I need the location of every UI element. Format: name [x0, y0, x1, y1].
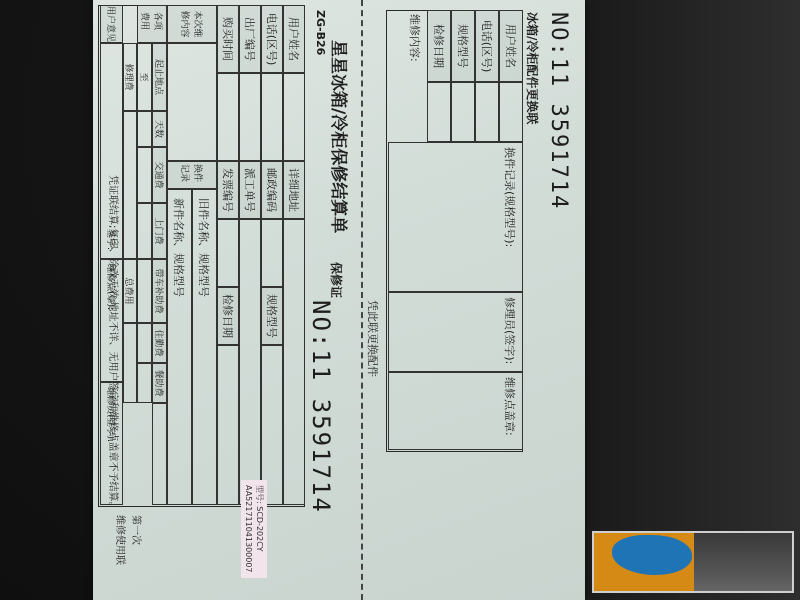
stub-field-label: 规格型号: [451, 10, 475, 82]
fee-extra-field[interactable]: [152, 403, 167, 505]
purchase-date-field[interactable]: [217, 73, 239, 161]
stub-number: NO:11 3591714: [546, 12, 571, 210]
label-fees: 各项费用: [137, 5, 167, 43]
old-part-field[interactable]: 旧件名称、规格型号: [192, 189, 217, 505]
leather-surface: [585, 0, 800, 600]
stub-station-seal[interactable]: 维修点盖章:: [388, 372, 523, 450]
label-serial: 出厂编号: [239, 5, 261, 73]
stub-field-label: 电话(区号): [475, 10, 499, 82]
fee-lodging: 住勤费: [152, 323, 167, 363]
stub-field-value[interactable]: [451, 82, 475, 142]
label-user-opinion: 用户意见: [100, 5, 123, 43]
label-repair-content: 本次维修内容: [167, 5, 217, 43]
model-sticker: 型号: SCD-202CY AA521711041300007: [241, 480, 267, 578]
repair-fee-label: 修理费: [123, 43, 137, 111]
label-inspection-date: 检修日期: [217, 287, 239, 345]
form-code: ZG-B26: [314, 10, 327, 55]
label-postcode: 邮政编码: [261, 161, 283, 219]
postcode-field[interactable]: [261, 219, 283, 287]
main-footer-note: 凭证联结算;复印、涂改无效,地址不详、无用户签字和维修点盖章不予结算。: [107, 175, 122, 595]
new-part-field[interactable]: 新件名称、规格型号: [167, 189, 192, 505]
invoice-no-field[interactable]: [217, 219, 239, 287]
repair-content-text: 本次维修内容: [179, 9, 205, 39]
total-fee-field[interactable]: [123, 323, 137, 403]
warranty-form-paper: NO:11 3591714 冰箱/冷柜配件更换联 用户姓名 电话(区号) 规格型…: [93, 0, 585, 600]
stub-field-value[interactable]: [475, 82, 499, 142]
fee-days: 天数: [152, 111, 167, 147]
label-address: 详细地址: [283, 161, 305, 219]
stub-field-label: 检修日期: [427, 10, 451, 82]
address-field[interactable]: [283, 219, 305, 505]
sticker-serial: AA521711041300007: [243, 485, 254, 573]
lodging-field[interactable]: [137, 323, 152, 363]
main-title: 星星冰箱/冷柜保修结算单: [328, 40, 353, 233]
transport-field[interactable]: [137, 147, 152, 203]
label-phone: 电话(区号): [261, 5, 283, 73]
main-number: NO:11 3591714: [307, 300, 335, 514]
repair-fee-field[interactable]: [123, 111, 137, 259]
old-part-label: 旧件名称、规格型号: [197, 198, 213, 297]
label-model: 规格型号: [261, 287, 283, 345]
inspection-date-field[interactable]: [217, 345, 239, 505]
label-user-name: 用户姓名: [283, 5, 305, 73]
stub-technician-label: 修理员(签字):: [502, 297, 518, 364]
watermark-logo: [592, 531, 794, 593]
phone-field[interactable]: [261, 73, 283, 161]
label-parts-record: 换件记录: [167, 161, 217, 189]
repair-content-field[interactable]: [167, 43, 217, 161]
warranty-label: 保修证: [328, 262, 345, 298]
serial-field[interactable]: [239, 73, 261, 161]
total-fee-label: 总费用: [123, 259, 137, 323]
label-purchase-date: 购买时间: [217, 5, 239, 73]
fee-meal-allowance: 餐助费: [152, 363, 167, 403]
label-dispatch-no: 派工单号: [239, 161, 261, 219]
fee-vehicle-allowance: 带车补助费: [152, 259, 167, 323]
stub-technician-signature[interactable]: 修理员(签字):: [388, 292, 523, 372]
fees-text: 各项费用: [139, 12, 165, 36]
perforation-line: [361, 0, 363, 600]
parts-record-text: 换件记录: [179, 164, 205, 186]
fee-start-end: 起止地点: [152, 43, 167, 111]
stub-station-seal-label: 维修点盖章:: [502, 377, 518, 436]
new-part-label: 新件名称、规格型号: [172, 198, 188, 297]
house-call-field[interactable]: [137, 203, 152, 259]
user-name-field[interactable]: [283, 73, 305, 161]
logo-gray-panel: [694, 533, 792, 591]
fee-transport: 交通费: [152, 147, 167, 203]
stub-title: 冰箱/冷柜配件更换联: [524, 12, 541, 124]
stub-field-value[interactable]: [499, 82, 523, 142]
label-invoice-no: 发票编号: [217, 161, 239, 219]
stub-footer-note: 凭此联更换配件: [365, 300, 381, 377]
dispatch-no-field[interactable]: [239, 219, 261, 505]
to-label: 至: [138, 72, 151, 81]
stub-parts-record[interactable]: 换件记录(规格型号):: [388, 142, 523, 292]
vehicle-allowance-field[interactable]: [137, 259, 152, 323]
stub-field-value[interactable]: [427, 82, 451, 142]
stub-repair-content-label: 维修内容:: [407, 14, 423, 62]
side-label-first: 第一次: [130, 515, 145, 545]
sticker-model: 型号: SCD-202CY: [254, 485, 265, 573]
route-to[interactable]: 至: [137, 43, 152, 111]
form-sheet-rotated: NO:11 3591714 冰箱/冷柜配件更换联 用户姓名 电话(区号) 规格型…: [93, 0, 585, 600]
days-field[interactable]: [137, 111, 152, 147]
stub-parts-record-label: 换件记录(规格型号):: [502, 147, 518, 247]
meal-field[interactable]: [137, 363, 152, 403]
fee-house-call: 上门费: [152, 203, 167, 259]
stub-field-label: 用户姓名: [499, 10, 523, 82]
